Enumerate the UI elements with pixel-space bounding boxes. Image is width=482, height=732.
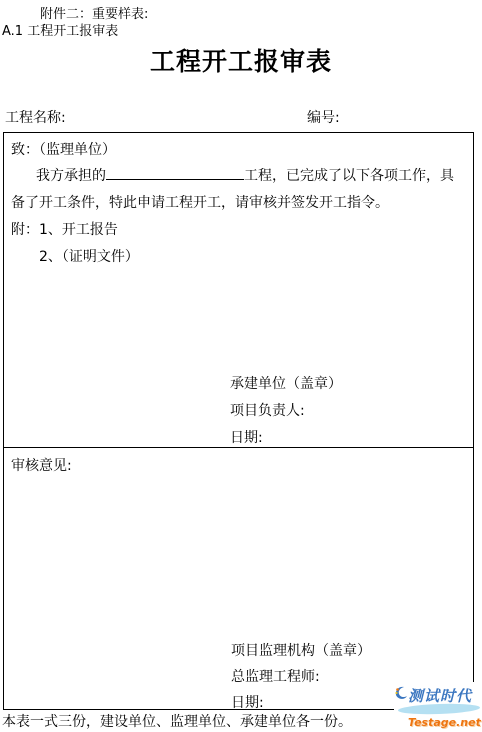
supervisor-sign-block: 项目监理机构（盖章） 总监理工程师: 日期: — [231, 638, 371, 716]
review-section: 审核意见: 项目监理机构（盖章） 总监理工程师: 日期: — [4, 448, 473, 710]
chief-engineer-label: 总监理工程师: — [231, 664, 371, 690]
watermark-brand-en: Testage.net — [408, 716, 481, 729]
copies-note: 本表一式三份，建设单位、监理单位、承建单位各一份。 — [2, 711, 352, 731]
to-supervisor-line: 致：（监理单位） — [11, 139, 116, 159]
project-name-label: 工程名称: — [5, 107, 66, 127]
serial-number-label: 编号: — [307, 107, 340, 127]
project-name-blank — [106, 166, 244, 180]
application-body-line1: 我方承担的工程，已完成了以下各项工作，具 — [11, 165, 454, 185]
application-body-line2: 备了开工条件，特此申请工程开工，请审核并签发开工指令。 — [11, 192, 389, 212]
attachment-item-2: 2、（证明文件） — [39, 246, 139, 266]
contractor-seal-label: 承建单位（盖章） — [230, 371, 342, 398]
review-opinion-label: 审核意见: — [11, 455, 72, 475]
attachment-item-1: 附：1、开工报告 — [11, 219, 118, 239]
form-box: 致：（监理单位） 我方承担的工程，已完成了以下各项工作，具 备了开工条件，特此申… — [3, 132, 474, 710]
watermark-brand-cn: 测试时代 — [408, 685, 472, 706]
contractor-sign-block: 承建单位（盖章） 项目负责人: 日期: — [230, 371, 342, 452]
body-suffix: 工程，已完成了以下各项工作，具 — [244, 168, 454, 184]
supervisor-org-seal-label: 项目监理机构（盖章） — [231, 638, 371, 664]
body-prefix: 我方承担的 — [36, 168, 106, 184]
doc-ref: A.1 工程开工报审表 — [2, 20, 118, 39]
application-section: 致：（监理单位） 我方承担的工程，已完成了以下各项工作，具 备了开工条件，特此申… — [4, 133, 473, 448]
testage-watermark: 测试时代 Testage.net — [394, 682, 482, 732]
page-title: 工程开工报审表 — [0, 42, 482, 78]
project-manager-label: 项目负责人: — [230, 398, 342, 425]
